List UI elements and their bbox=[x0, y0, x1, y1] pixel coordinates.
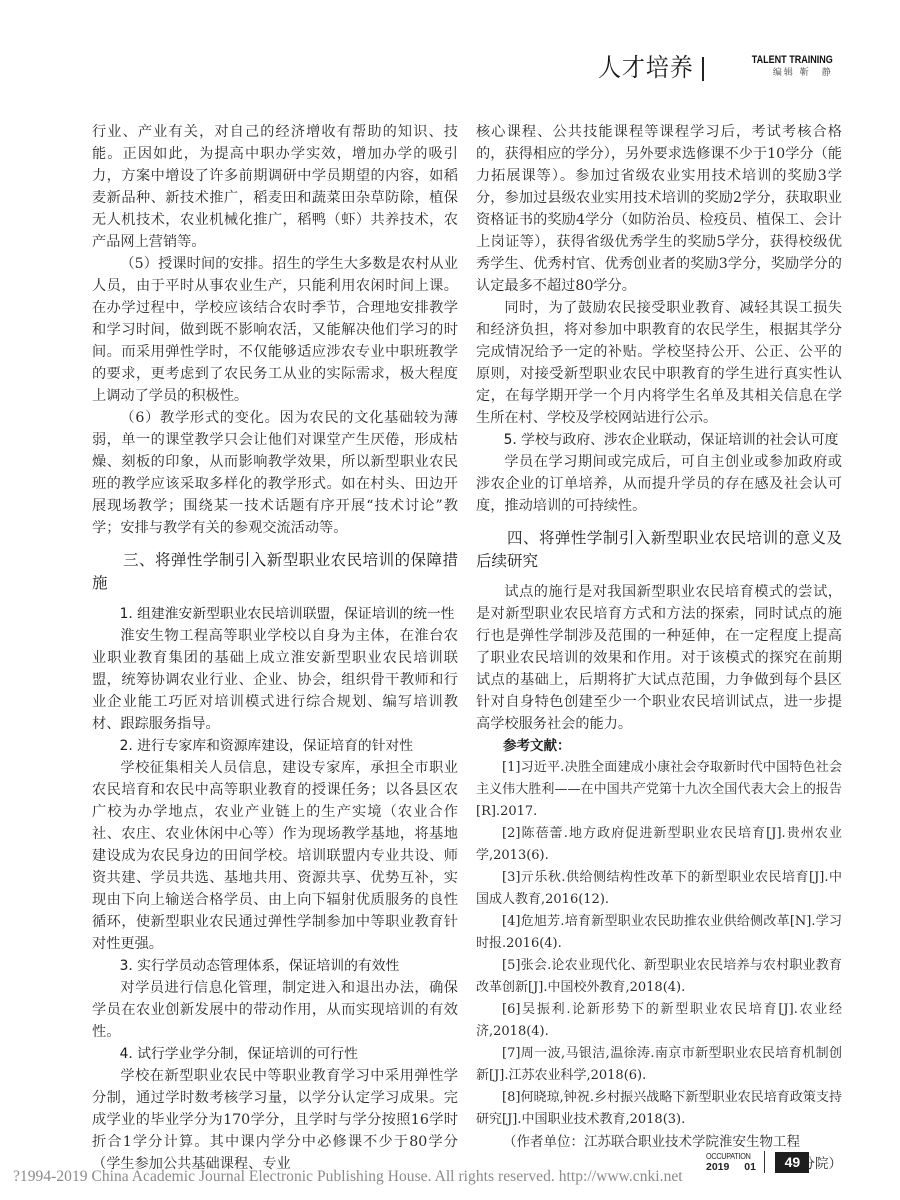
reference-item: [5]张会.论农业现代化、新型职业农民培养与农村职业教育改革创新[J].中国校外… bbox=[476, 955, 842, 999]
subsection-heading: 3. 实行学员动态管理体系，保证培训的有效性 bbox=[92, 955, 458, 977]
subsection-heading: 4. 试行学业学分制，保证培训的可行性 bbox=[92, 1043, 458, 1065]
editor-credit: 编辑 靳 静 bbox=[773, 69, 833, 78]
copyright-notice: ?1994-2019 China Academic Journal Electr… bbox=[13, 1168, 683, 1186]
page-number: 49 bbox=[775, 1152, 809, 1173]
paragraph: 学校在新型职业农民中等职业教育学习中采用弹性学分制，通过学时数考核学习量，以学分… bbox=[92, 1065, 458, 1175]
paragraph: 对学员进行信息化管理，制定进入和退出办法，确保学员在农业创新发展中的带动作用，从… bbox=[92, 977, 458, 1043]
right-column: 核心课程、公共技能课程等课程学习后，考试考核合格的，获得相应的学分），另外要求选… bbox=[476, 121, 842, 1175]
journal-name: OCCUPATION bbox=[706, 1152, 751, 1161]
paragraph: 试点的施行是对我国新型职业农民培育模式的尝试，是对新型职业农民培育方式和方法的探… bbox=[476, 581, 842, 735]
subsection-heading: 2. 进行专家库和资源库建设，保证培育的针对性 bbox=[92, 735, 458, 757]
paragraph: （5）授课时间的安排。招生的学生大多数是农村从业人员，由于平时从事农业生产，只能… bbox=[92, 253, 458, 407]
journal-issue: 2019 01 bbox=[706, 1162, 756, 1173]
paragraph: 核心课程、公共技能课程等课程学习后，考试考核合格的，获得相应的学分），另外要求选… bbox=[476, 121, 842, 297]
subsection-heading: 1. 组建淮安新型职业农民培训联盟，保证培训的统一性 bbox=[92, 603, 458, 625]
subsection-heading: 5. 学校与政府、涉农企业联动，保证培训的社会认可度 bbox=[476, 429, 842, 451]
footer-divider bbox=[764, 1151, 765, 1173]
reference-item: [8]何晓琼,钟祝.乡村振兴战略下新型职业农民培育政策支持研究[J].中国职业技… bbox=[476, 1087, 842, 1131]
journal-info: OCCUPATION 2019 01 bbox=[706, 1152, 758, 1173]
section-title-block: TALENT TRAINING 编辑 靳 静 bbox=[734, 55, 833, 78]
reference-item: [6]吴振利.论新形势下的新型职业农民培育[J].农业经济,2018(4). bbox=[476, 999, 842, 1043]
page-header: 人才培养 TALENT TRAINING 编辑 靳 静 bbox=[598, 46, 833, 86]
reference-item: [7]周一波,马银洁,温徐涛.南京市新型职业农民培育机制创新[J].江苏农业科学… bbox=[476, 1043, 842, 1087]
paragraph: 同时，为了鼓励农民接受职业教育、减轻其误工损失和经济负担，将对参加中职教育的农民… bbox=[476, 297, 842, 429]
reference-item: [3]亓乐秋.供给侧结构性改革下的新型职业农民培育[J].中国成人教育,2016… bbox=[476, 867, 842, 911]
references-title: 参考文献： bbox=[476, 735, 842, 757]
paragraph: 学员在学习期间或完成后，可自主创业或参加政府或涉农企业的订单培养，从而提升学员的… bbox=[476, 451, 842, 517]
reference-item: [2]陈蓓蕾.地方政府促进新型职业农民培育[J].贵州农业学,2013(6). bbox=[476, 823, 842, 867]
reference-item: [4]危旭芳.培育新型职业农民助推农业供给侧改革[N].学习时报.2016(4)… bbox=[476, 911, 842, 955]
reference-list: [1]习近平.决胜全面建成小康社会夺取新时代中国特色社会主义伟大胜利——在中国共… bbox=[476, 757, 842, 1131]
paragraph: 淮安生物工程高等职业学校以自身为主体，在淮台农业职业教育集团的基础上成立淮安新型… bbox=[92, 625, 458, 735]
left-column: 行业、产业有关，对自己的经济增收有帮助的知识、技能。正因如此，为提高中职办学实效… bbox=[92, 121, 458, 1175]
section-title-cn: 人才培养 bbox=[598, 48, 683, 84]
page-footer: OCCUPATION 2019 01 49 bbox=[706, 1151, 809, 1173]
author-affiliation: （作者单位：江苏联合职业技术学院淮安生物工程 bbox=[476, 1131, 842, 1153]
section-heading: 三、将弹性学制引入新型职业农民培训的保障措施 bbox=[92, 549, 458, 595]
section-title-en: TALENT TRAINING bbox=[752, 55, 833, 66]
paragraph: 学校征集相关人员信息，建设专家库，承担全市职业农民培育和农民中高等职业教育的授课… bbox=[92, 757, 458, 955]
section-heading: 四、将弹性学制引入新型职业农民培训的意义及后续研究 bbox=[476, 527, 842, 573]
header-divider bbox=[702, 57, 704, 81]
paragraph: 行业、产业有关，对自己的经济增收有帮助的知识、技能。正因如此，为提高中职办学实效… bbox=[92, 121, 458, 253]
reference-item: [1]习近平.决胜全面建成小康社会夺取新时代中国特色社会主义伟大胜利——在中国共… bbox=[476, 757, 842, 823]
paragraph: （6）教学形式的变化。因为农民的文化基础较为薄弱，单一的课堂教学只会让他们对课堂… bbox=[92, 407, 458, 539]
